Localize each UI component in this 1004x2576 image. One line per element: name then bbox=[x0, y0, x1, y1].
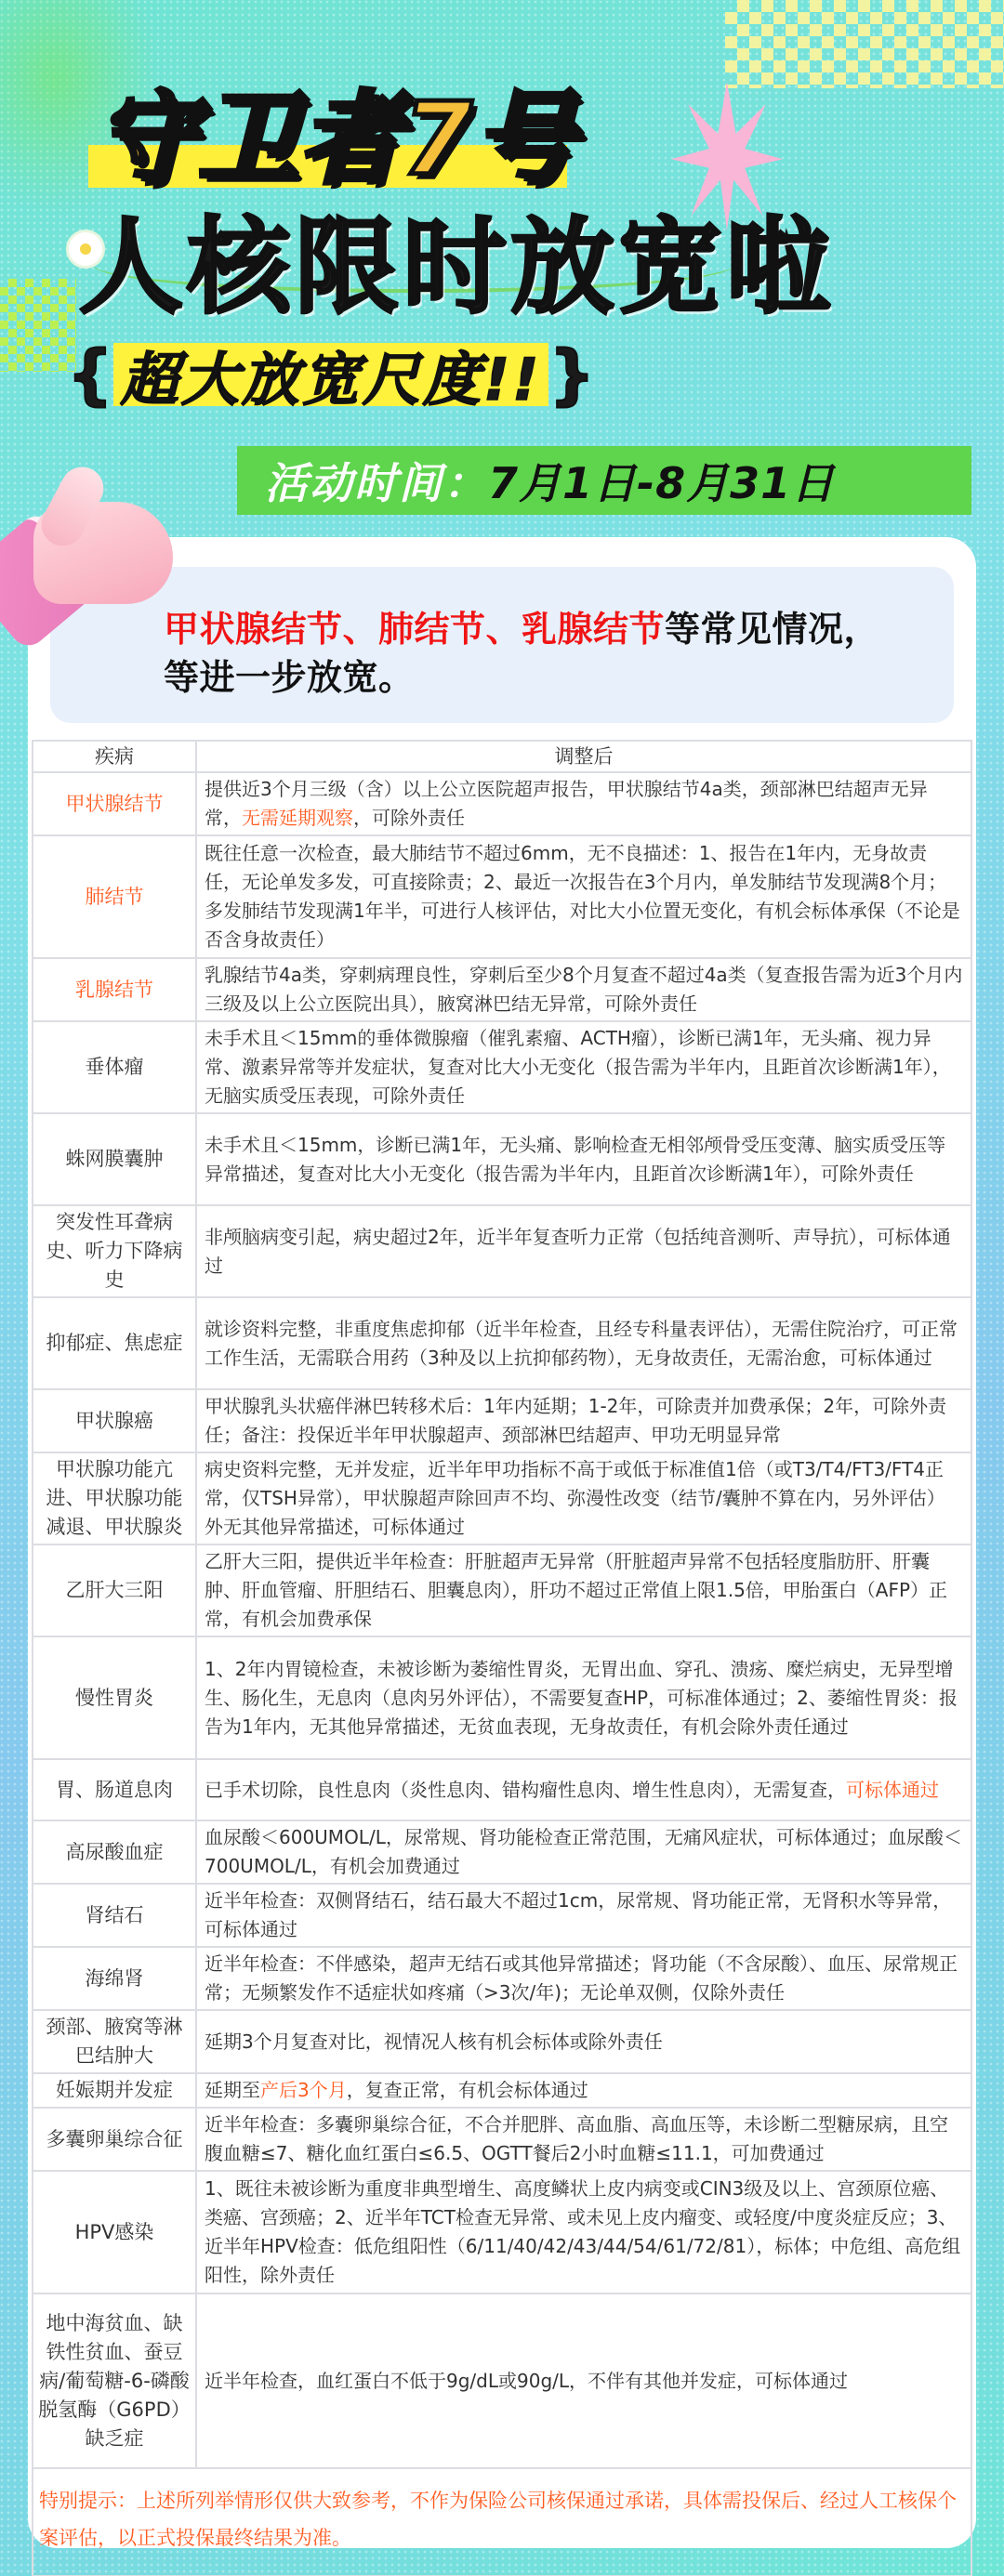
adjusted-rule-cell: 延期3个月复查对比，视情况人核有机会标体或除外责任 bbox=[196, 2010, 971, 2073]
adjusted-rule-cell: 1、既往未被诊断为重度非典型增生、高度鳞状上皮内病变或CIN3级及以上、宫颈原位… bbox=[196, 2171, 971, 2293]
content-card: 甲状腺结节、肺结节、乳腺结节等常见情况， 等进一步放宽。 疾病 调整后 甲状腺结… bbox=[28, 537, 976, 2548]
rule-text: 近半年检查：多囊卵巢综合征，不合并肥胖、高血脂、高血压等，未诊断二型糖尿病，且空… bbox=[205, 2113, 948, 2164]
disease-cell: 慢性胃炎 bbox=[33, 1636, 196, 1759]
title-line-1-text: 守卫者7号 bbox=[96, 82, 576, 198]
disease-cell: 胃、肠道息肉 bbox=[33, 1759, 196, 1820]
adjusted-rule-cell: 未手术且＜15mm的垂体微腺瘤（催乳素瘤、ACTH瘤），诊断已满1年，无头痛、视… bbox=[196, 1021, 971, 1113]
underwriting-rules-table: 疾病 调整后 甲状腺结节提供近3个月三级（含）以上公立医院超声报告，甲状腺结节4… bbox=[32, 740, 972, 2576]
adjusted-rule-cell: 近半年检查：双侧肾结石，结石最大不超过1cm，尿常规、肾功能正常，无肾积水等异常… bbox=[196, 1884, 971, 1947]
rule-text: 已手术切除，良性息肉（炎性息肉、错构瘤性息肉、增生性息肉），无需复查， bbox=[205, 1779, 846, 1801]
activity-date-value: 7月1日-8月31日 bbox=[488, 450, 835, 511]
brace-right: } bbox=[548, 336, 595, 413]
intro-box: 甲状腺结节、肺结节、乳腺结节等常见情况， 等进一步放宽。 bbox=[50, 567, 954, 723]
intro-highlight: 甲状腺结节、肺结节、乳腺结节 bbox=[164, 611, 665, 650]
title-line-2: 人核限时放宽啦 bbox=[79, 212, 834, 323]
special-note: 特别提示：上述所列举情形仅供大致参考，不作为保险公司核保通过承诺，具体需投保后、… bbox=[33, 2468, 971, 2576]
adjusted-rule-cell: 提供近3个月三级（含）以上公立医院超声报告，甲状腺结节4a类，颈部淋巴结超声无异… bbox=[196, 772, 971, 835]
table-row: 妊娠期并发症延期至产后3个月，复查正常，有机会标体通过 bbox=[33, 2073, 971, 2108]
table-row: 甲状腺结节提供近3个月三级（含）以上公立医院超声报告，甲状腺结节4a类，颈部淋巴… bbox=[33, 772, 971, 835]
highlighted-text: 产后3个月 bbox=[260, 2079, 347, 2101]
disease-cell: 乙肝大三阳 bbox=[33, 1544, 196, 1636]
table-row: 高尿酸血症血尿酸＜600UMOL/L，尿常规、肾功能检查正常范围，无痛风症状，可… bbox=[33, 1820, 971, 1884]
adjusted-rule-cell: 病史资料完整，无并发症，近半年甲功指标不高于或低于标准值1倍（或T3/T4/FT… bbox=[196, 1452, 971, 1544]
adjusted-rule-cell: 甲状腺乳头状癌伴淋巴转移术后：1年内延期；1-2年，可除责并加费承保；2年，可除… bbox=[196, 1389, 971, 1452]
table-header-row: 疾病 调整后 bbox=[33, 741, 971, 772]
subtitle-text: 超大放宽尺度!! bbox=[121, 334, 542, 416]
rule-text: ，复查正常，有机会标体通过 bbox=[347, 2079, 588, 2101]
rule-text: 未手术且＜15mm，诊断已满1年，无头痛、影响检查无相邻颅骨受压变薄、脑实质受压… bbox=[205, 1134, 945, 1185]
activity-date-label: 活动时间： bbox=[265, 450, 488, 511]
adjusted-rule-cell: 未手术且＜15mm，诊断已满1年，无头痛、影响检查无相邻颅骨受压变薄、脑实质受压… bbox=[196, 1113, 971, 1205]
disease-cell: 肾结石 bbox=[33, 1884, 196, 1947]
adjusted-rule-cell: 非颅脑病变引起，病史超过2年，近半年复查听力正常（包括纯音测听、声导抗），可标体… bbox=[196, 1205, 971, 1297]
disease-cell: 突发性耳聋病史、听力下降病史 bbox=[33, 1205, 196, 1297]
table-row: 乙肝大三阳乙肝大三阳，提供近半年检查：肝脏超声无异常（肝脏超声异常不包括轻度脂肪… bbox=[33, 1544, 971, 1636]
rule-text: 近半年检查：不伴感染，超声无结石或其他异常描述；肾功能（不含尿酸）、血压、尿常规… bbox=[205, 1952, 958, 2004]
table-row: 慢性胃炎1、2年内胃镜检查，未被诊断为萎缩性胃炎，无胃出血、穿孔、溃疡、糜烂病史… bbox=[33, 1636, 971, 1759]
intro-text-2: 等进一步放宽。 bbox=[164, 659, 415, 698]
disease-cell: 甲状腺结节 bbox=[33, 772, 196, 835]
table-row: 多囊卵巢综合征近半年检查：多囊卵巢综合征，不合并肥胖、高血脂、高血压等，未诊断二… bbox=[33, 2108, 971, 2171]
disease-cell: 高尿酸血症 bbox=[33, 1820, 196, 1884]
adjusted-rule-cell: 延期至产后3个月，复查正常，有机会标体通过 bbox=[196, 2073, 971, 2108]
rule-text: 延期3个月复查对比，视情况人核有机会标体或除外责任 bbox=[205, 2031, 663, 2053]
rule-text: 既往任意一次检查，最大肺结节不超过6mm，无不良描述：1、报告在1年内，无身故责… bbox=[205, 842, 960, 951]
disease-cell: 妊娠期并发症 bbox=[33, 2073, 196, 2108]
checker-pattern-decoration bbox=[725, 0, 1004, 88]
table-row: 肺结节既往任意一次检查，最大肺结节不超过6mm，无不良描述：1、报告在1年内，无… bbox=[33, 835, 971, 958]
rule-text: 1、既往未被诊断为重度非典型增生、高度鳞状上皮内病变或CIN3级及以上、宫颈原位… bbox=[205, 2177, 960, 2286]
table-row: 蛛网膜囊肿未手术且＜15mm，诊断已满1年，无头痛、影响检查无相邻颅骨受压变薄、… bbox=[33, 1113, 971, 1205]
rule-text: 未手术且＜15mm的垂体微腺瘤（催乳素瘤、ACTH瘤），诊断已满1年，无头痛、视… bbox=[205, 1027, 951, 1107]
rule-text: 乙肝大三阳，提供近半年检查：肝脏超声无异常（肝脏超声异常不包括轻度脂肪肝、肝囊肿… bbox=[205, 1550, 947, 1630]
table-row: 颈部、腋窝等淋巴结肿大延期3个月复查对比，视情况人核有机会标体或除外责任 bbox=[33, 2010, 971, 2073]
rule-text: 近半年检查：双侧肾结石，结石最大不超过1cm，尿常规、肾功能正常，无肾积水等异常… bbox=[205, 1889, 951, 1940]
disease-cell: 抑郁症、焦虑症 bbox=[33, 1297, 196, 1389]
title-line-1: 守卫者7号 bbox=[88, 85, 584, 195]
rule-text: 病史资料完整，无并发症，近半年甲功指标不高于或低于标准值1倍（或T3/T4/FT… bbox=[205, 1458, 945, 1538]
disease-cell: 多囊卵巢综合征 bbox=[33, 2108, 196, 2171]
rule-text: 1、2年内胃镜检查，未被诊断为萎缩性胃炎，无胃出血、穿孔、溃疡、糜烂病史，无异型… bbox=[205, 1658, 958, 1738]
table-row: HPV感染1、既往未被诊断为重度非典型增生、高度鳞状上皮内病变或CIN3级及以上… bbox=[33, 2171, 971, 2293]
table-row: 甲状腺癌甲状腺乳头状癌伴淋巴转移术后：1年内延期；1-2年，可除责并加费承保；2… bbox=[33, 1389, 971, 1452]
adjusted-rule-cell: 既往任意一次检查，最大肺结节不超过6mm，无不良描述：1、报告在1年内，无身故责… bbox=[196, 835, 971, 958]
intro-text-1: 等常见情况， bbox=[665, 611, 879, 650]
disease-cell: 地中海贫血、缺铁性贫血、蚕豆病/葡萄糖-6-磷酸脱氢酶（G6PD）缺乏症 bbox=[33, 2293, 196, 2468]
table-row: 海绵肾近半年检查：不伴感染，超声无结石或其他异常描述；肾功能（不含尿酸）、血压、… bbox=[33, 1947, 971, 2010]
rule-text: 甲状腺乳头状癌伴淋巴转移术后：1年内延期；1-2年，可除责并加费承保；2年，可除… bbox=[205, 1395, 946, 1446]
disease-cell: HPV感染 bbox=[33, 2171, 196, 2293]
adjusted-rule-cell: 1、2年内胃镜检查，未被诊断为萎缩性胃炎，无胃出血、穿孔、溃疡、糜烂病史，无异型… bbox=[196, 1636, 971, 1759]
checker-pattern-decoration-left bbox=[0, 279, 76, 372]
rule-text: 近半年检查，血红蛋白不低于9g/dL或90g/L，不伴有其他并发症，可标体通过 bbox=[205, 2370, 848, 2392]
subtitle: { 超大放宽尺度!! } bbox=[67, 336, 595, 413]
brace-left: { bbox=[67, 336, 113, 413]
adjusted-rule-cell: 乳腺结节4a类，穿刺病理良性，穿刺后至少8个月复查不超过4a类（复查报告需为近3… bbox=[196, 958, 971, 1021]
header-disease: 疾病 bbox=[33, 741, 196, 772]
table-row: 胃、肠道息肉已手术切除，良性息肉（炎性息肉、错构瘤性息肉、增生性息肉），无需复查… bbox=[33, 1759, 971, 1820]
table-row: 乳腺结节乳腺结节4a类，穿刺病理良性，穿刺后至少8个月复查不超过4a类（复查报告… bbox=[33, 958, 971, 1021]
table-row: 突发性耳聋病史、听力下降病史非颅脑病变引起，病史超过2年，近半年复查听力正常（包… bbox=[33, 1205, 971, 1297]
subtitle-box: 超大放宽尺度!! bbox=[113, 343, 549, 406]
adjusted-rule-cell: 乙肝大三阳，提供近半年检查：肝脏超声无异常（肝脏超声异常不包括轻度脂肪肝、肝囊肿… bbox=[196, 1544, 971, 1636]
highlighted-text: 可标体通过 bbox=[846, 1779, 939, 1801]
rule-text: ，可除外责任 bbox=[353, 807, 465, 829]
pointing-hand-icon bbox=[0, 465, 167, 623]
table-row: 抑郁症、焦虑症就诊资料完整，非重度焦虑抑郁（近半年检查，且经专科量表评估），无需… bbox=[33, 1297, 971, 1389]
adjusted-rule-cell: 已手术切除，良性息肉（炎性息肉、错构瘤性息肉、增生性息肉），无需复查，可标体通过 bbox=[196, 1759, 971, 1820]
highlighted-text: 无需延期观察 bbox=[242, 807, 353, 829]
table-row: 甲状腺功能亢进、甲状腺功能减退、甲状腺炎病史资料完整，无并发症，近半年甲功指标不… bbox=[33, 1452, 971, 1544]
activity-date-bar: 活动时间： 7月1日-8月31日 bbox=[237, 446, 971, 515]
rule-text: 乳腺结节4a类，穿刺病理良性，穿刺后至少8个月复查不超过4a类（复查报告需为近3… bbox=[205, 964, 962, 1015]
header-adjusted: 调整后 bbox=[196, 741, 971, 772]
rule-text: 血尿酸＜600UMOL/L，尿常规、肾功能检查正常范围，无痛风症状，可标体通过；… bbox=[205, 1826, 962, 1877]
adjusted-rule-cell: 近半年检查，血红蛋白不低于9g/dL或90g/L，不伴有其他并发症，可标体通过 bbox=[196, 2293, 971, 2468]
disease-cell: 乳腺结节 bbox=[33, 958, 196, 1021]
disease-cell: 肺结节 bbox=[33, 835, 196, 958]
intro-text: 甲状腺结节、肺结节、乳腺结节等常见情况， 等进一步放宽。 bbox=[164, 606, 954, 703]
adjusted-rule-cell: 近半年检查：多囊卵巢综合征，不合并肥胖、高血脂、高血压等，未诊断二型糖尿病，且空… bbox=[196, 2108, 971, 2171]
disease-cell: 海绵肾 bbox=[33, 1947, 196, 2010]
disease-cell: 蛛网膜囊肿 bbox=[33, 1113, 196, 1205]
table-row: 地中海贫血、缺铁性贫血、蚕豆病/葡萄糖-6-磷酸脱氢酶（G6PD）缺乏症近半年检… bbox=[33, 2293, 971, 2468]
disease-cell: 垂体瘤 bbox=[33, 1021, 196, 1113]
disease-cell: 甲状腺癌 bbox=[33, 1389, 196, 1452]
table-row: 肾结石近半年检查：双侧肾结石，结石最大不超过1cm，尿常规、肾功能正常，无肾积水… bbox=[33, 1884, 971, 1947]
adjusted-rule-cell: 血尿酸＜600UMOL/L，尿常规、肾功能检查正常范围，无痛风症状，可标体通过；… bbox=[196, 1820, 971, 1884]
table-row: 垂体瘤未手术且＜15mm的垂体微腺瘤（催乳素瘤、ACTH瘤），诊断已满1年，无头… bbox=[33, 1021, 971, 1113]
rule-text: 就诊资料完整，非重度焦虑抑郁（近半年检查，且经专科量表评估），无需住院治疗，可正… bbox=[205, 1318, 958, 1369]
note-row: 特别提示：上述所列举情形仅供大致参考，不作为保险公司核保通过承诺，具体需投保后、… bbox=[33, 2468, 971, 2576]
rule-text: 延期至 bbox=[205, 2079, 260, 2101]
disease-cell: 颈部、腋窝等淋巴结肿大 bbox=[33, 2010, 196, 2073]
disease-cell: 甲状腺功能亢进、甲状腺功能减退、甲状腺炎 bbox=[33, 1452, 196, 1544]
rule-text: 非颅脑病变引起，病史超过2年，近半年复查听力正常（包括纯音测听、声导抗），可标体… bbox=[205, 1226, 951, 1277]
adjusted-rule-cell: 近半年检查：不伴感染，超声无结石或其他异常描述；肾功能（不含尿酸）、血压、尿常规… bbox=[196, 1947, 971, 2010]
table-body: 甲状腺结节提供近3个月三级（含）以上公立医院超声报告，甲状腺结节4a类，颈部淋巴… bbox=[33, 772, 971, 2468]
adjusted-rule-cell: 就诊资料完整，非重度焦虑抑郁（近半年检查，且经专科量表评估），无需住院治疗，可正… bbox=[196, 1297, 971, 1389]
